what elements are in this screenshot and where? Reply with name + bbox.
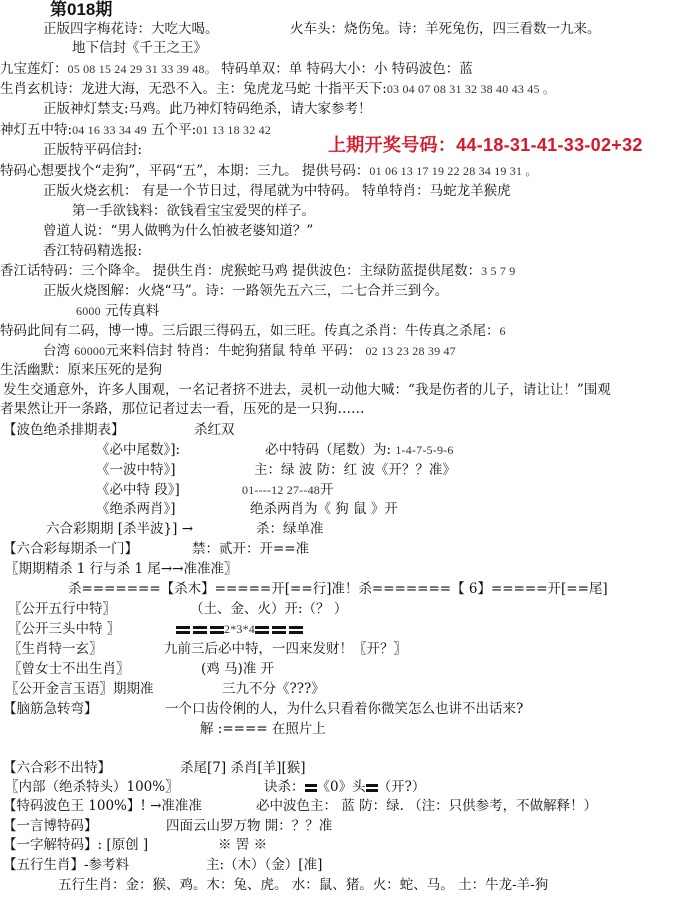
zodiac-mystery-label: 〖生肖特一玄〗 xyxy=(8,640,103,658)
label: （开?） xyxy=(378,779,426,795)
three-heads-label: 〖公开三头中特 〗 xyxy=(8,620,120,638)
numbers: 01 06 13 17 19 22 28 34 19 31 。 xyxy=(369,164,537,178)
numbers: 04 16 33 34 49 xyxy=(72,123,147,137)
bar-icon xyxy=(176,626,190,629)
one-word-bet-value: 四面云山罗万物 開：？？准 xyxy=(166,817,332,835)
one-word-bet-label: 【一言博特码】 xyxy=(3,817,98,835)
fire-mystery: 正版火烧玄机： 有是一个节日过，得尾就为中特码。 特单特肖：马蛇龙羊猴虎 xyxy=(43,182,511,200)
wave-table-kill: 杀红双 xyxy=(194,421,235,439)
amount: 60000 xyxy=(74,344,105,358)
label: 开 xyxy=(320,482,334,498)
train-head-poem: 火车头：烧伤兔。诗：羊死兔伤，四三看数一九来。 xyxy=(290,20,601,38)
segment-label: 《必中特 段》] xyxy=(96,481,180,499)
bar-icon xyxy=(210,626,224,629)
numbers: 05 08 15 24 29 31 33 39 48。 xyxy=(68,62,217,76)
kill-row-tail-header: 〖期期精杀 1 行与杀 1 尾→→准准准〗 xyxy=(5,560,237,578)
humor-title: 生活幽默：原来压死的是狗 xyxy=(0,361,162,379)
brain-teaser-label: 【脑筋急转弯】 xyxy=(3,700,98,718)
kill-one-door-label: 【六合彩每期杀一门】 xyxy=(3,540,138,558)
no-special-label: 【六合彩不出特】 xyxy=(3,759,111,777)
numbers: 01----12 27--48 xyxy=(242,483,320,497)
one-char-value: ※ 罟 ※ xyxy=(218,836,267,854)
label: 元来料信封 特肖：牛蛇狗猪鼠 特单 平码： xyxy=(105,343,361,359)
five-elements-value: （土、金、火）开:（？ ） xyxy=(190,600,347,618)
label: 五个平: xyxy=(151,122,196,138)
underground-envelope: 地下信封《千王之王》 xyxy=(72,39,207,57)
five-zodiac-value: 主:（木）（金）[准] xyxy=(206,856,322,874)
bar-icon xyxy=(255,626,269,629)
amount: 6000 xyxy=(76,304,101,318)
tail-value: 必中特码（尾数）为: 1-4-7-5-9-6 xyxy=(265,441,454,459)
golden-words-label: 〖公开金言玉语〗期期准 xyxy=(5,680,154,698)
label: 生肖玄机诗：龙进大海，无恐不入。主：兔虎龙马蛇 十指平天下: xyxy=(0,81,387,97)
fax-line: 特码此间有二码，博一博。三后跟三得码五，如三旺。传真之杀肖：牛传真之杀尾：6 xyxy=(0,322,506,340)
two-zodiac-value: 绝杀两肖为《 狗 鼠 》开 xyxy=(250,500,398,518)
zodiac-poem: 生肖玄机诗：龙进大海，无恐不入。主：兔虎龙马蛇 十指平天下:03 04 07 0… xyxy=(0,80,555,98)
label: 特码此间有二码，博一博。三后跟三得码五，如三旺。传真之杀肖：牛传真之杀尾： xyxy=(0,323,500,339)
brain-teaser-answer: 解 :==== 在照片上 xyxy=(200,720,326,738)
last-draw-banner: 上期开奖号码：44-18-31-41-33-02+32 xyxy=(328,131,643,157)
xiangjiang-line: 香江话特码：三个降伞。 提供生肖：虎猴蛇马鸡 提供波色：主绿防蓝提供尾数：3 5… xyxy=(0,262,516,280)
wave-king-value: 必中波色主： 蓝 防：绿. （注：只供参考，不做解释！） xyxy=(256,797,597,815)
label: 必中特码（尾数）为: xyxy=(265,442,391,458)
brain-teaser-question: 一个口齿伶俐的人，为什么只看着你微笑怎么也讲不出话来? xyxy=(165,700,523,718)
bar-icon xyxy=(305,784,317,787)
wave-table-title: 【波色绝杀排期表】 xyxy=(3,421,125,439)
half-wave-label: 六合彩期期 [杀半波}] → xyxy=(46,520,193,538)
five-zodiac-list: 五行生肖：金：猴、鸡。木：兔、虎。 水：鼠、猪。火：蛇、马。 土：牛龙-羊-狗 xyxy=(58,876,548,894)
first-hand-tip: 第一手欲钱料：欲钱看宝宝爱哭的样子。 xyxy=(72,202,315,220)
three-heads-value: 2*3*4 xyxy=(176,620,303,638)
label: 诀杀： xyxy=(264,779,305,795)
plum-poem: 正版四字梅花诗：大吃大喝。 xyxy=(43,20,219,38)
ms-zeng-label: 〖曾女士不出生肖〗 xyxy=(8,660,130,678)
internal-label: 〖内部（绝杀特头）100%〗 xyxy=(5,778,179,796)
bar-icon xyxy=(272,626,286,629)
numbers: 03 04 07 08 31 32 38 40 43 45 。 xyxy=(387,82,555,96)
humor-body-2: 者果然让开一条路，那位记者过去一看，压死的是一只狗…… xyxy=(0,400,365,418)
wave-king-label: 【特码波色王 100%】! →准准准 xyxy=(3,797,202,815)
fax-6000: 6000 元传真料 xyxy=(76,302,159,320)
label: 特码心想要找个“走狗”，平码“五”，本期：三九。 提供号码： xyxy=(0,163,369,179)
xiangjiang-header: 香江特码精选报: xyxy=(43,242,142,260)
walking-dog-line: 特码心想要找个“走狗”，平码“五”，本期：三九。 提供号码：01 06 13 1… xyxy=(0,162,538,180)
one-wave-label: 《一波中特》] xyxy=(96,461,176,479)
kill-wood-line: 杀=======【杀木】=====开[==行]准！杀=======【 6】===… xyxy=(68,580,608,598)
label: 元传真料 xyxy=(105,303,159,319)
value: 《0》头 xyxy=(317,779,366,795)
nine-treasure-lamp: 九宝莲灯：05 08 15 24 29 31 33 39 48。 特码单双：单 … xyxy=(0,60,473,78)
label: 台湾 xyxy=(43,343,70,359)
god-lamp-ban: 正版神灯禁支:马鸡。此乃神灯特码绝杀，请大家参考！ xyxy=(43,100,372,118)
two-zodiac-label: 《绝杀两肖》] xyxy=(96,500,176,518)
number: 6 xyxy=(500,324,506,338)
numbers: 2*3*4 xyxy=(224,622,255,636)
attributes: 特码单双：单 特码大小：小 特码波色：蓝 xyxy=(221,61,473,77)
zeng-says: 曾道人说：“男人做鸭为什么怕被老婆知道？” xyxy=(43,222,313,240)
issue-title: 第018期 xyxy=(50,0,112,20)
special-envelope: 正版特平码信封: xyxy=(43,141,142,159)
label: 神灯五中特: xyxy=(0,122,72,138)
tail-label: 《必中尾数》]: xyxy=(96,441,180,459)
god-lamp-five: 神灯五中特:04 16 33 34 49 五个平:01 13 18 32 42 xyxy=(0,121,271,139)
kill-one-door-value: 禁：贰开：开==准 xyxy=(192,540,309,558)
numbers: 01 13 18 32 42 xyxy=(196,123,271,137)
humor-body-1: 发生交通意外，许多人围观，一名记者挤不进去，灵机一动他大喊：“我是伤者的儿子，请… xyxy=(3,381,611,399)
one-wave-value: 主：绿 波 防：红 波《开？？准》 xyxy=(254,461,456,479)
one-char-label: 【一字解特码】: [原创 ] xyxy=(3,836,148,854)
fire-diagram: 正版火烧图解：火烧“马”。诗：一路领先五六三，二七合并三到今。 xyxy=(43,282,448,300)
label: 九宝莲灯： xyxy=(0,61,68,77)
label: 香江话特码：三个降伞。 提供生肖：虎猴蛇马鸡 提供波色：主绿防蓝提供尾数： xyxy=(0,263,481,279)
bar-icon xyxy=(366,784,378,787)
no-special-value: 杀尾[7] 杀肖[羊][猴] xyxy=(180,759,305,777)
bar-icon xyxy=(289,626,303,629)
numbers: 1-4-7-5-9-6 xyxy=(395,443,453,457)
five-zodiac-label: 【五行生肖】-参考料 xyxy=(3,856,129,874)
ms-zeng-value: (鸡 马)准 开 xyxy=(201,660,274,678)
numbers: 3 5 7 9 xyxy=(481,264,515,278)
five-elements-label: 〖公开五行中特〗 xyxy=(8,600,116,618)
internal-value: 诀杀：《0》头（开?） xyxy=(264,778,425,796)
golden-words-value: 三九不分《???》 xyxy=(222,680,325,698)
segment-value: 01----12 27--48开 xyxy=(242,481,333,499)
taiwan-envelope: 台湾 60000元来料信封 特肖：牛蛇狗猪鼠 特单 平码： 02 13 23 2… xyxy=(43,342,456,360)
numbers: 02 13 23 28 39 47 xyxy=(365,344,455,358)
zodiac-mystery-value: 九前三后必中特，一四来发财！〖开？〗 xyxy=(164,640,407,658)
half-wave-value: 杀：绿单准 xyxy=(256,520,324,538)
bar-icon xyxy=(193,626,207,629)
